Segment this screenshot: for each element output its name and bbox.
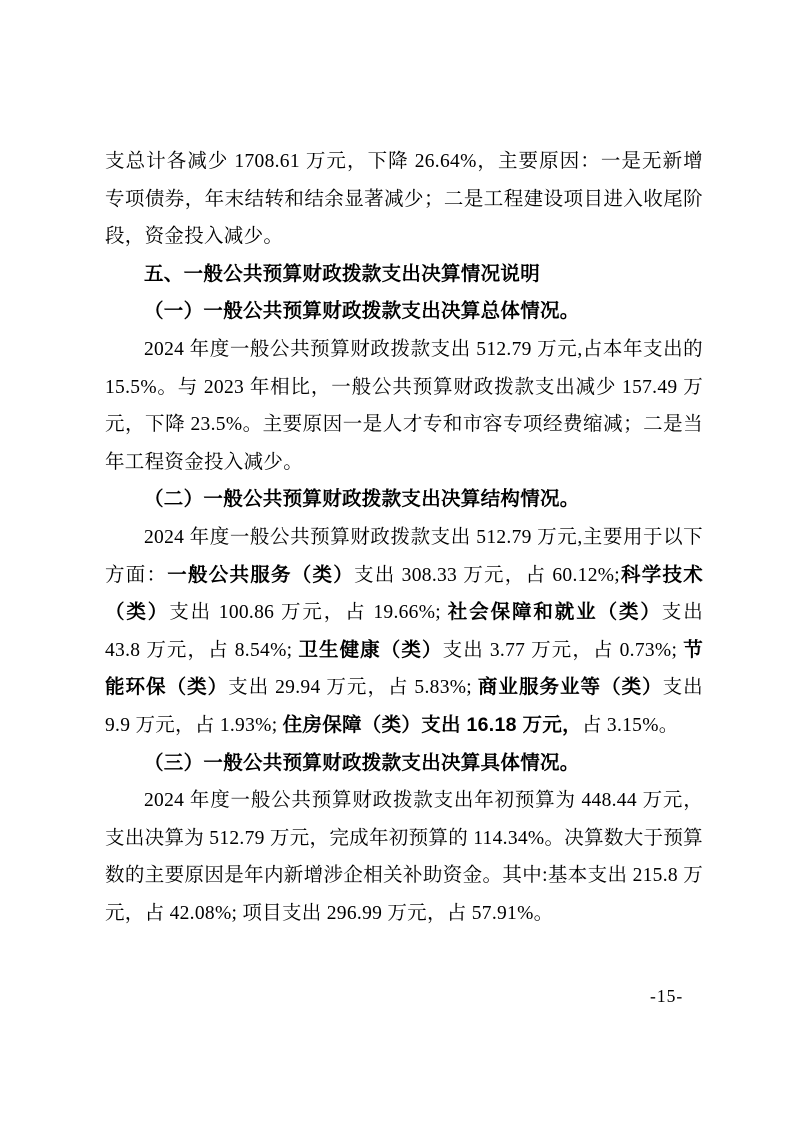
section-5-heading: 五、一般公共预算财政拨款支出决算情况说明 (105, 256, 703, 294)
text-run-bold: 社会保障和就业（类） (448, 601, 662, 623)
subsection-1-heading: （一）一般公共预算财政拨款支出决算总体情况。 (105, 293, 703, 331)
text-run-bold: 住房保障（类）支出 16.18 万元， (283, 714, 582, 736)
text-run: 占 3.15%。 (582, 715, 679, 736)
text-run: 支出 100.86 万元，占 19.66%; (169, 602, 448, 623)
subsection-2-paragraph: 2024 年度一般公共预算财政拨款支出 512.79 万元,主要用于以下方面：一… (105, 519, 703, 745)
text-run-bold: 一般公共服务（类） (167, 564, 354, 586)
document-page: 支总计各减少 1708.61 万元，下降 26.64%，主要原因：一是无新增专项… (0, 0, 793, 1122)
page-number: -15- (650, 986, 683, 1007)
text-run-bold: 商业服务业等（类） (478, 676, 663, 698)
subsection-3-heading: （三）一般公共预算财政拨款支出决算具体情况。 (105, 745, 703, 783)
text-run: 支出 29.94 万元，占 5.83%; (228, 677, 478, 698)
text-run: 支出 308.33 万元，占 60.12%; (354, 565, 620, 586)
subsection-3-paragraph: 2024 年度一般公共预算财政拨款支出年初预算为 448.44 万元，支出决算为… (105, 782, 703, 932)
text-run-bold: 卫生健康（类） (298, 639, 442, 661)
document-content: 支总计各减少 1708.61 万元，下降 26.64%，主要原因：一是无新增专项… (105, 143, 703, 932)
subsection-1-paragraph: 2024 年度一般公共预算财政拨款支出 512.79 万元,占本年支出的 15.… (105, 331, 703, 481)
subsection-2-heading: （二）一般公共预算财政拨款支出决算结构情况。 (105, 481, 703, 519)
paragraph-carryover: 支总计各减少 1708.61 万元，下降 26.64%，主要原因：一是无新增专项… (105, 143, 703, 256)
text-run: 支出 3.77 万元，占 0.73%; (443, 640, 684, 661)
